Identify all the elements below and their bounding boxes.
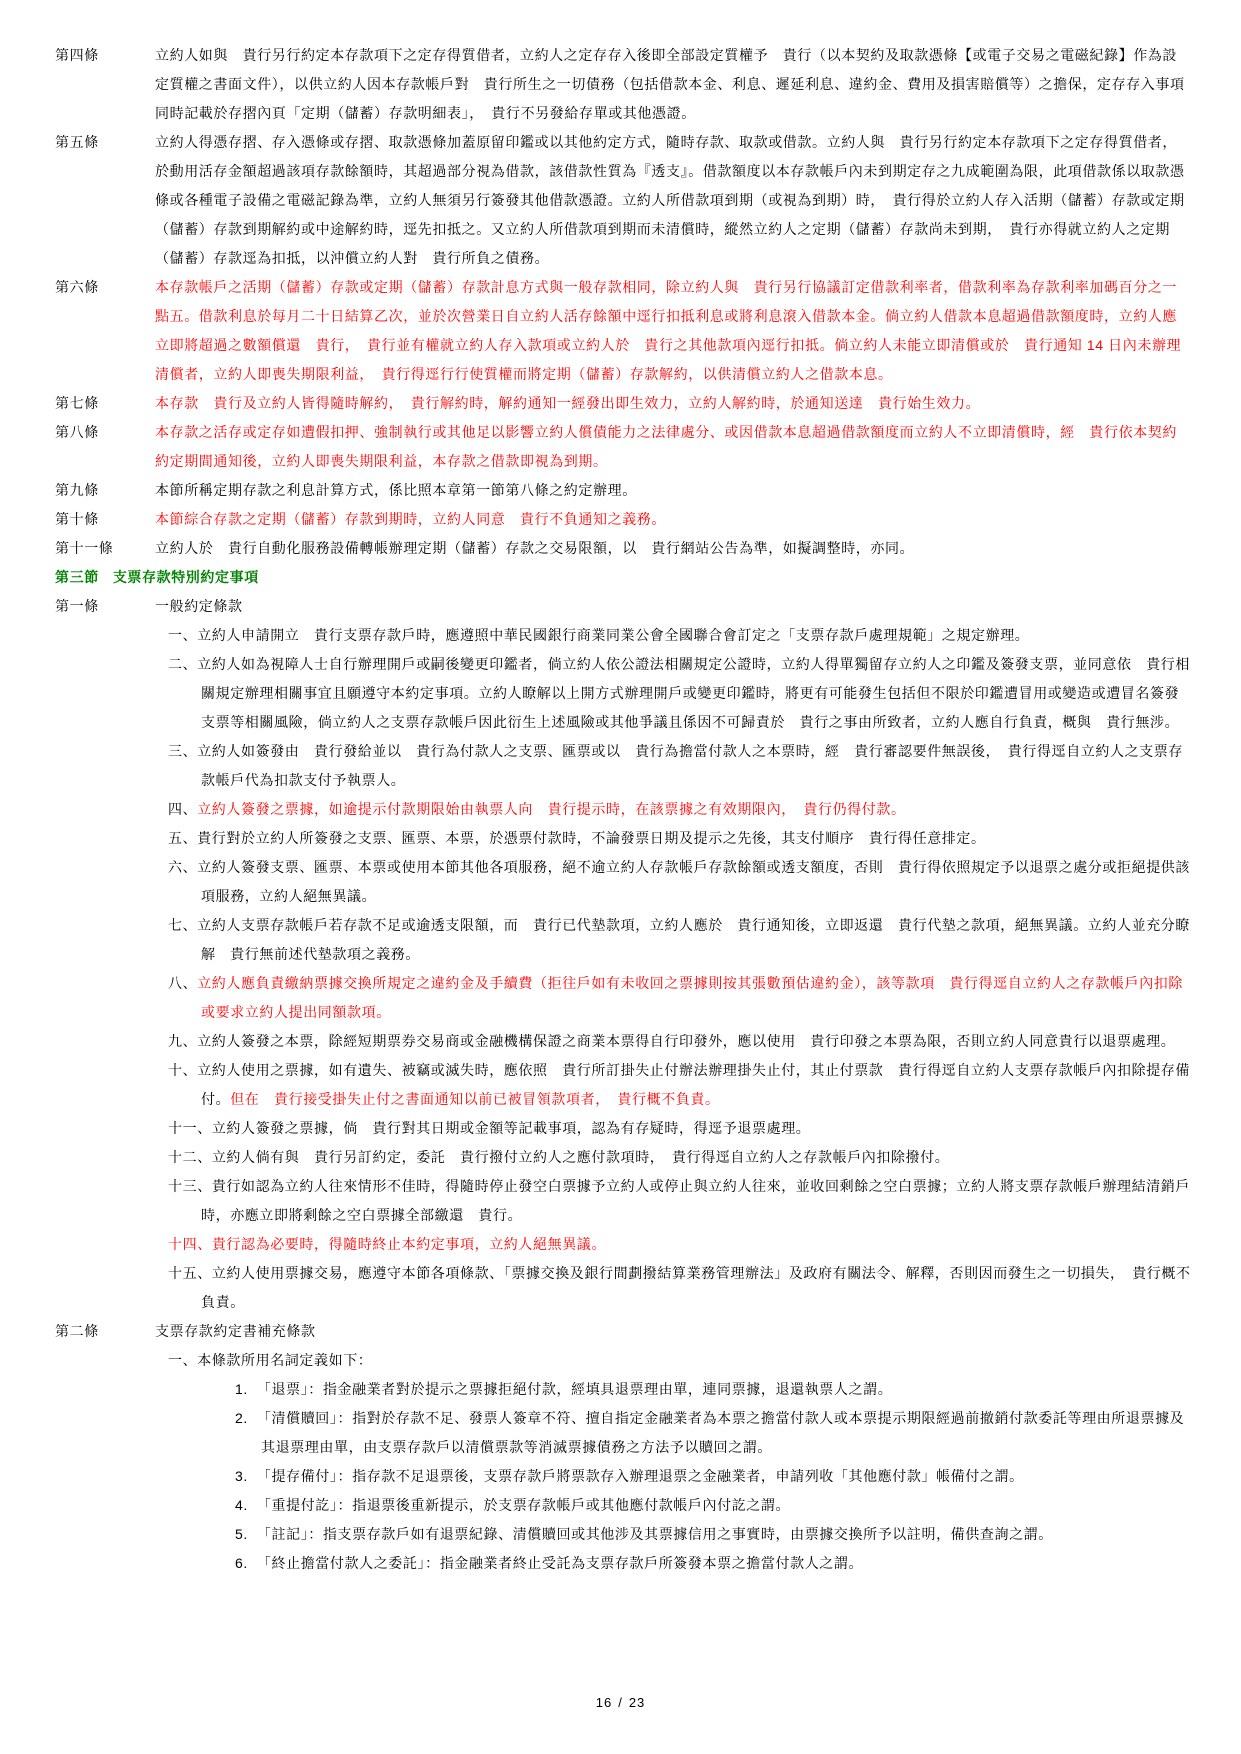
list-item-marker: 一、	[168, 627, 197, 643]
contract-body: 第四條立約人如與 貴行另行約定本存款項下之定存得質借者，立約人之定存存入後即全部…	[55, 41, 1191, 1578]
page-total: 23	[629, 1695, 645, 1710]
clause-row: 第五條立約人得憑存摺、存入憑條或存摺、取款憑條加蓋原留印鑑或以其他約定方式，隨時…	[55, 128, 1191, 273]
list-item: 十一、立約人簽發之票據，倘 貴行對其日期或金額等記載事項，認為有存疑時，得逕予退…	[168, 1114, 1191, 1143]
text-segment: 立約人倘有與 貴行另訂約定，委託 貴行撥付立約人之應付款項時， 貴行得逕自立約人…	[212, 1149, 950, 1165]
clause-row: 第六條本存款帳戶之活期（儲蓄）存款或定期（儲蓄）存款計息方式與一般存款相同，除立…	[55, 273, 1191, 389]
clause-label: 第十一條	[55, 534, 155, 563]
text-segment: 本節綜合存款之定期（儲蓄）存款到期時，立約人同意 貴行不負通知之義務。	[155, 511, 666, 527]
section-heading: 第三節支票存款特別約定事項	[55, 563, 1191, 592]
numbered-definition: 6.「終止擔當付款人之委託」：指金融業者終止受託為支票存款戶所簽發本票之擔當付款…	[235, 1549, 1191, 1578]
text-segment: 「重提付訖」：指退票後重新提示，於支票存款帳戶或其他應付款帳戶內付訖之謂。	[257, 1497, 790, 1513]
clause-text: 立約人如與 貴行另行約定本存款項下之定存得質借者，立約人之定存存入後即全部設定質…	[155, 41, 1191, 128]
text-segment: 本存款之活存或定存如遭假扣押、強制執行或其他足以影響立約人償債能力之法律處分、或…	[155, 424, 1177, 469]
clause-label: 第五條	[55, 128, 155, 273]
text-segment: 立約人簽發支票、匯票、本票或使用本節其他各項服務，絕不逾立約人存款帳戶存款餘額或…	[197, 859, 1190, 904]
list-item: 八、立約人應負責繳納票據交換所規定之違約金及手續費（拒往戶如有未收回之票據則按其…	[168, 969, 1191, 1027]
numbered-definition: 2.「清償贖回」：指對於存款不足、發票人簽章不符、擅自指定金融業者為本票之擔當付…	[235, 1404, 1191, 1462]
clause-row: 第九條本節所稱定期存款之利息計算方式，係比照本章第一節第八條之約定辦理。	[55, 476, 1191, 505]
text-segment: 支票存款約定書補充條款	[155, 1323, 316, 1339]
text-segment: 立約人使用票據交易，應遵守本節各項條款、「票據交換及銀行間劃撥結算業務管理辦法」…	[201, 1265, 1191, 1310]
clause-label: 第一條	[55, 592, 155, 621]
text-segment: 「提存備付」：指存款不足退票後，支票存款戶將票款存入辦理退票之金融業者，申請列收…	[257, 1468, 1024, 1484]
list-item: 七、立約人支票存款帳戶若存款不足或逾透支限額，而 貴行已代墊款項，立約人應於 貴…	[168, 911, 1191, 969]
text-segment: 立約人簽發之票據，倘 貴行對其日期或金額等記載事項，認為有存疑時，得逕予退票處理…	[212, 1120, 811, 1136]
list-item-marker: 八、	[168, 975, 197, 991]
list-item: 十、立約人使用之票據，如有遺失、被竊或滅失時，應依照 貴行所訂掛失止付辦法辦理掛…	[168, 1056, 1191, 1114]
numbered-definition: 3.「提存備付」：指存款不足退票後，支票存款戶將票款存入辦理退票之金融業者，申請…	[235, 1462, 1191, 1491]
clause-label: 第四條	[55, 41, 155, 128]
definition-number: 6.	[235, 1555, 248, 1571]
clause-row: 第四條立約人如與 貴行另行約定本存款項下之定存得質借者，立約人之定存存入後即全部…	[55, 41, 1191, 128]
clause-text: 本存款之活存或定存如遭假扣押、強制執行或其他足以影響立約人償債能力之法律處分、或…	[155, 418, 1191, 476]
clause-label: 第十條	[55, 505, 155, 534]
list-item: 一、立約人申請開立 貴行支票存款戶時，應遵照中華民國銀行商業同業公會全國聯合會訂…	[168, 621, 1191, 650]
text-segment: 立約人於 貴行自動化服務設備轉帳辦理定期（儲蓄）存款之交易限額，以 貴行網站公告…	[155, 540, 914, 556]
list-item-marker: 六、	[168, 859, 197, 875]
clause-text: 一般約定條款	[155, 592, 1191, 621]
list-item-marker: 十三、	[168, 1178, 212, 1194]
list-item-marker: 十五、	[168, 1265, 212, 1281]
page-footer: 16/23	[0, 1695, 1241, 1710]
definition-number: 5.	[235, 1526, 248, 1542]
text-segment: 立約人簽發之票據，如逾提示付款期限始由執票人向 貴行提示時，在該票據之有效期限內…	[197, 801, 905, 817]
list-item: 十五、立約人使用票據交易，應遵守本節各項條款、「票據交換及銀行間劃撥結算業務管理…	[168, 1259, 1191, 1317]
list-item-marker: 一、	[168, 1352, 197, 1368]
text-segment: 立約人如為視障人士自行辦理開戶或嗣後變更印鑑者，倘立約人依公證法相關規定公證時，…	[197, 656, 1190, 730]
clause-text: 立約人於 貴行自動化服務設備轉帳辦理定期（儲蓄）存款之交易限額，以 貴行網站公告…	[155, 534, 1191, 563]
numbered-definition: 5.「註記」：指支票存款戶如有退票紀錄、清償贖回或其他涉及其票據信用之事實時，由…	[235, 1520, 1191, 1549]
list-item-marker: 九、	[168, 1033, 197, 1049]
list-item: 六、立約人簽發支票、匯票、本票或使用本節其他各項服務，絕不逾立約人存款帳戶存款餘…	[168, 853, 1191, 911]
text-segment: 「終止擔當付款人之委託」：指金融業者終止受託為支票存款戶所簽發本票之擔當付款人之…	[257, 1555, 863, 1571]
clause-label: 第二條	[55, 1317, 155, 1346]
clause-row: 第八條本存款之活存或定存如遭假扣押、強制執行或其他足以影響立約人償債能力之法律處…	[55, 418, 1191, 476]
list-item: 三、立約人如簽發由 貴行發給並以 貴行為付款人之支票、匯票或以 貴行為擔當付款人…	[168, 737, 1191, 795]
text-segment: 貴行對於立約人所簽發之支票、匯票、本票，於憑票付款時，不論發票日期及提示之先後，…	[197, 830, 985, 846]
clause-label: 第九條	[55, 476, 155, 505]
list-item: 二、立約人如為視障人士自行辦理開戶或嗣後變更印鑑者，倘立約人依公證法相關規定公證…	[168, 650, 1191, 737]
list-item: 一、本條款所用名詞定義如下：	[168, 1346, 1191, 1375]
clause-label: 第八條	[55, 418, 155, 476]
list-item-marker: 十、	[168, 1062, 197, 1078]
list-item: 五、貴行對於立約人所簽發之支票、匯票、本票，於憑票付款時，不論發票日期及提示之先…	[168, 824, 1191, 853]
page-number: 16	[596, 1695, 612, 1710]
definition-number: 2.	[235, 1410, 248, 1426]
list-item-marker: 三、	[168, 743, 197, 759]
clause-row: 第二條支票存款約定書補充條款	[55, 1317, 1191, 1346]
text-segment: 立約人應負責繳納票據交換所規定之違約金及手續費（拒往戶如有未收回之票據則按其張數…	[197, 975, 1183, 1020]
definition-number: 3.	[235, 1468, 248, 1484]
list-item-marker: 十四、	[168, 1236, 212, 1252]
text-segment: 本存款帳戶之活期（儲蓄）存款或定期（儲蓄）存款計息方式與一般存款相同，除立約人與…	[155, 279, 1181, 382]
clause-text: 本存款 貴行及立約人皆得隨時解約， 貴行解約時，解約通知一經發出即生效力，立約人…	[155, 389, 1191, 418]
numbered-definition: 1.「退票」：指金融業者對於提示之票據拒絕付款，經填具退票理由單，連同票據，退還…	[235, 1375, 1191, 1404]
list-item-marker: 七、	[168, 917, 197, 933]
clause-row: 第十一條立約人於 貴行自動化服務設備轉帳辦理定期（儲蓄）存款之交易限額，以 貴行…	[55, 534, 1191, 563]
text-segment: 但在 貴行接受掛失止付之書面通知以前已被冒領款項者， 貴行概不負責。	[230, 1091, 719, 1107]
text-segment: 貴行如認為立約人往來情形不佳時，得隨時停止發空白票據予立約人或停止與立約人往來，…	[201, 1178, 1190, 1223]
list-item-marker: 五、	[168, 830, 197, 846]
page-number-separator: /	[618, 1695, 623, 1710]
list-item: 十三、貴行如認為立約人往來情形不佳時，得隨時停止發空白票據予立約人或停止與立約人…	[168, 1172, 1191, 1230]
text-segment: 一般約定條款	[155, 598, 243, 614]
text-segment: 立約人支票存款帳戶若存款不足或逾透支限額，而 貴行已代墊款項，立約人應於 貴行通…	[197, 917, 1190, 962]
list-item: 四、立約人簽發之票據，如逾提示付款期限始由執票人向 貴行提示時，在該票據之有效期…	[168, 795, 1191, 824]
text-segment: 立約人如簽發由 貴行發給並以 貴行為付款人之支票、匯票或以 貴行為擔當付款人之本…	[197, 743, 1183, 788]
clause-text: 本節綜合存款之定期（儲蓄）存款到期時，立約人同意 貴行不負通知之義務。	[155, 505, 1191, 534]
list-item: 十四、貴行認為必要時，得隨時終止本約定事項，立約人絕無異議。	[168, 1230, 1191, 1259]
text-segment: 本條款所用名詞定義如下：	[197, 1352, 372, 1368]
text-segment: 「註記」：指支票存款戶如有退票紀錄、清償贖回或其他涉及其票據信用之事實時，由票據…	[257, 1526, 1053, 1542]
text-segment: 立約人簽發之本票，除經短期票券交易商或金融機構保證之商業本票得自行印發外，應以使…	[197, 1033, 1175, 1049]
section-title: 支票存款特別約定事項	[113, 569, 259, 585]
list-item-marker: 十二、	[168, 1149, 212, 1165]
clause-text: 本節所稱定期存款之利息計算方式，係比照本章第一節第八條之約定辦理。	[155, 476, 1191, 505]
numbered-definition: 4.「重提付訖」：指退票後重新提示，於支票存款帳戶或其他應付款帳戶內付訖之謂。	[235, 1491, 1191, 1520]
definition-number: 4.	[235, 1497, 248, 1513]
clause-text: 支票存款約定書補充條款	[155, 1317, 1191, 1346]
text-segment: 「退票」：指金融業者對於提示之票據拒絕付款，經填具退票理由單，連同票據，退還執票…	[257, 1381, 892, 1397]
clause-label: 第六條	[55, 273, 155, 389]
list-item-marker: 四、	[168, 801, 197, 817]
clause-row: 第七條本存款 貴行及立約人皆得隨時解約， 貴行解約時，解約通知一經發出即生效力，…	[55, 389, 1191, 418]
definition-number: 1.	[235, 1381, 248, 1397]
document-page: 第四條立約人如與 貴行另行約定本存款項下之定存得質借者，立約人之定存存入後即全部…	[0, 0, 1241, 1754]
list-item: 十二、立約人倘有與 貴行另訂約定，委託 貴行撥付立約人之應付款項時， 貴行得逕自…	[168, 1143, 1191, 1172]
clause-text: 立約人得憑存摺、存入憑條或存摺、取款憑條加蓋原留印鑑或以其他約定方式，隨時存款、…	[155, 128, 1191, 273]
list-item-marker: 十一、	[168, 1120, 212, 1136]
text-segment: 「清償贖回」：指對於存款不足、發票人簽章不符、擅自指定金融業者為本票之擔當付款人…	[257, 1410, 1184, 1455]
section-number: 第三節	[55, 569, 99, 585]
clause-text: 本存款帳戶之活期（儲蓄）存款或定期（儲蓄）存款計息方式與一般存款相同，除立約人與…	[155, 273, 1191, 389]
text-segment: 立約人申請開立 貴行支票存款戶時，應遵照中華民國銀行商業同業公會全國聯合會訂定之…	[197, 627, 1029, 643]
text-segment: 貴行認為必要時，得隨時終止本約定事項，立約人絕無異議。	[212, 1236, 606, 1252]
clause-row: 第一條一般約定條款	[55, 592, 1191, 621]
text-segment: 本節所稱定期存款之利息計算方式，係比照本章第一節第八條之約定辦理。	[155, 482, 637, 498]
clause-label: 第七條	[55, 389, 155, 418]
clause-row: 第十條本節綜合存款之定期（儲蓄）存款到期時，立約人同意 貴行不負通知之義務。	[55, 505, 1191, 534]
list-item: 九、立約人簽發之本票，除經短期票券交易商或金融機構保證之商業本票得自行印發外，應…	[168, 1027, 1191, 1056]
text-segment: 本存款 貴行及立約人皆得隨時解約， 貴行解約時，解約通知一經發出即生效力，立約人…	[155, 395, 980, 411]
text-segment: 立約人如與 貴行另行約定本存款項下之定存得質借者，立約人之定存存入後即全部設定質…	[155, 47, 1185, 121]
list-item-marker: 二、	[168, 656, 197, 672]
text-segment: 立約人得憑存摺、存入憑條或存摺、取款憑條加蓋原留印鑑或以其他約定方式，隨時存款、…	[155, 134, 1185, 266]
